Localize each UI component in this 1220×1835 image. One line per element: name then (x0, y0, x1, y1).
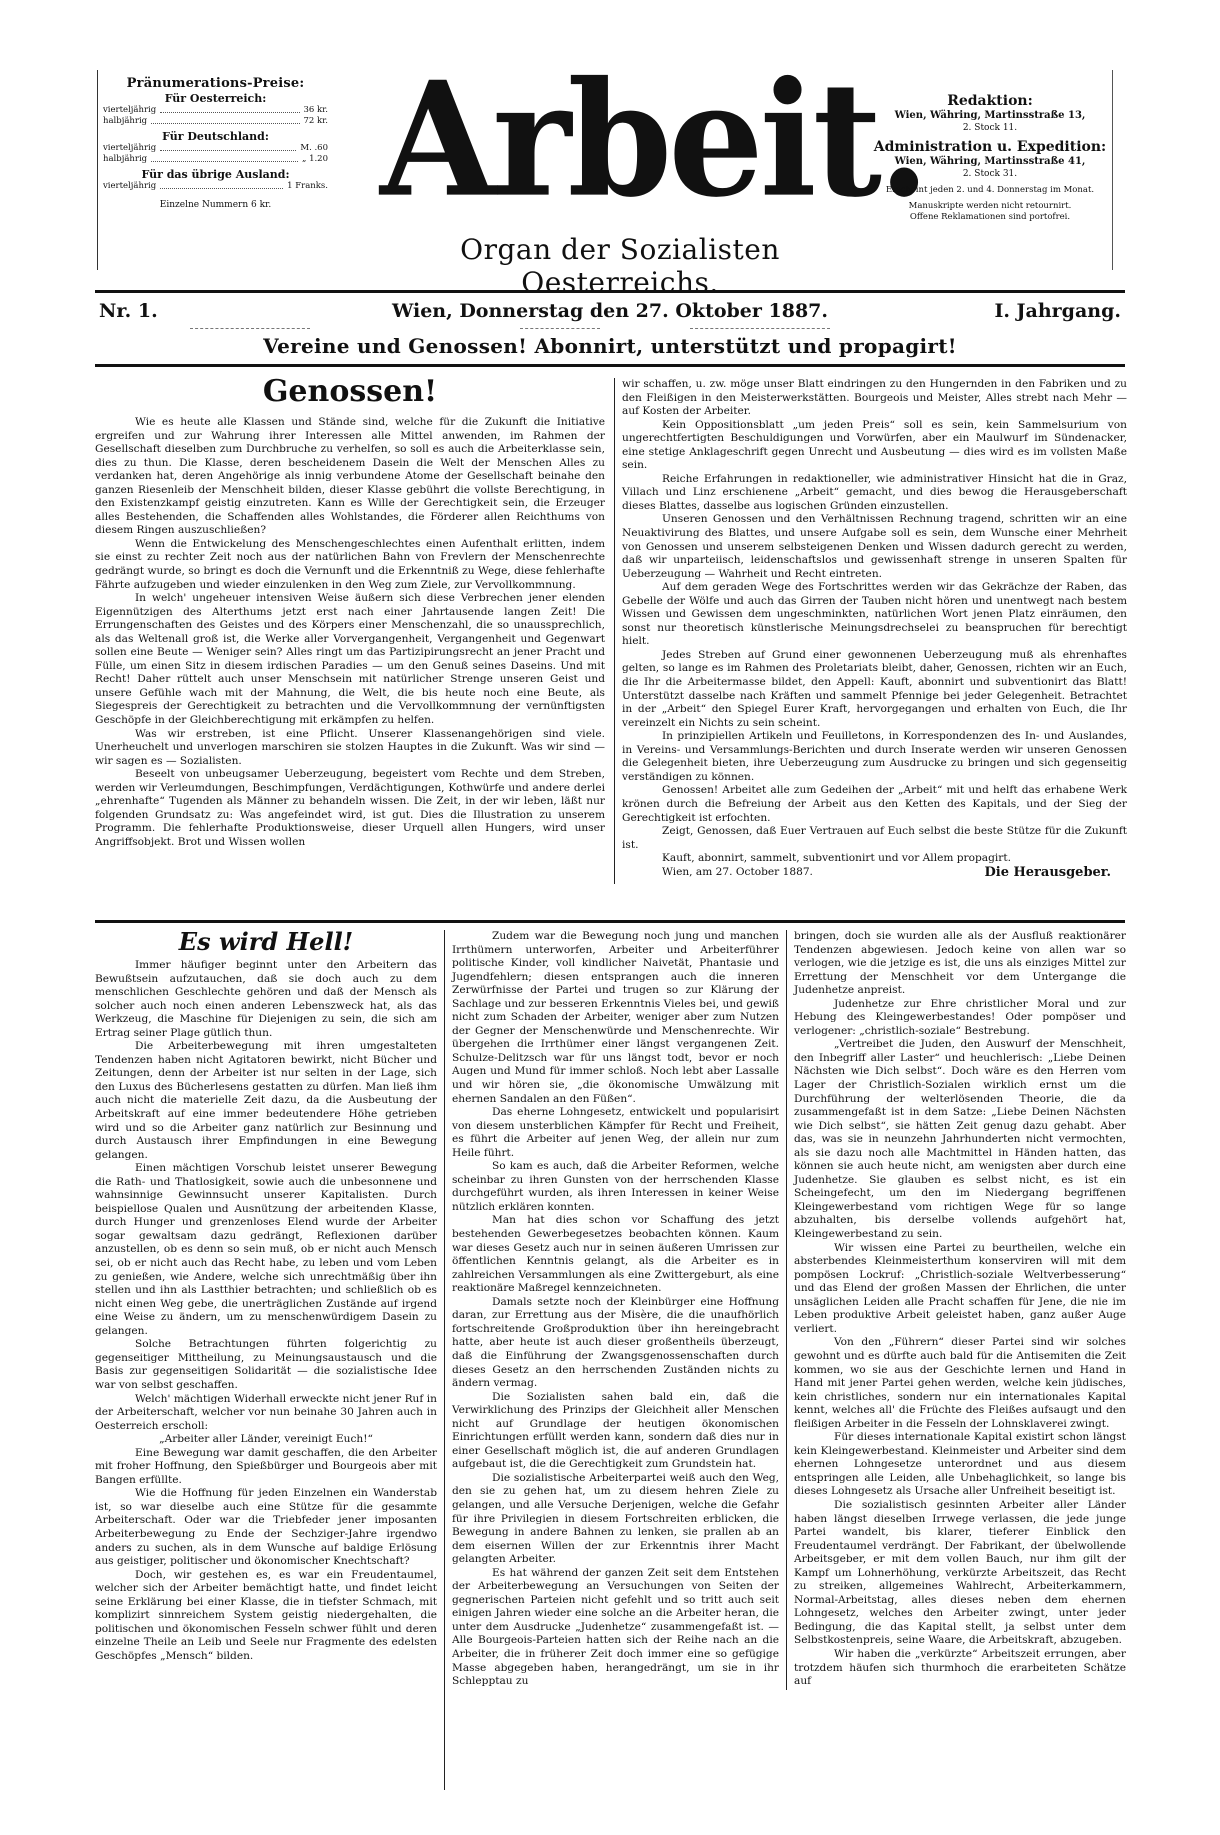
paragraph: So kam es auch, daß die Arbeiter Reforme… (452, 1160, 779, 1214)
volume-year: I. Jahrgang. (994, 300, 1121, 322)
paragraph: Solche Betrachtungen führten folgerichti… (95, 1338, 437, 1392)
article-divider-rule (95, 920, 1125, 923)
article-title: Genossen! (95, 374, 605, 410)
paragraph: Die Sozialisten sahen bald ein, daß die … (452, 1391, 779, 1472)
admin-floor: 2. Stock 31. (870, 168, 1110, 180)
article-genossen-right-column: wir schaffen, u. zw. möge unser Blatt ei… (622, 378, 1127, 879)
column-divider (614, 378, 615, 884)
paragraph: bringen, doch sie wurden alle als der Au… (794, 930, 1126, 998)
newspaper-title: Arbeit. (380, 56, 880, 224)
paragraph: Wenn die Entwickelung des Menschengeschl… (95, 538, 605, 592)
redaktion-heading: Redaktion: (870, 93, 1110, 110)
paragraph: Was wir erstreben, ist eine Pflicht. Uns… (95, 728, 605, 769)
dashed-divider (690, 328, 830, 330)
subscription-prices: Pränumerations-Preise: Für Oesterreich: … (103, 78, 328, 211)
price-row: vierteljährig36 kr. (103, 105, 328, 116)
admin-heading: Administration u. Expedition: (870, 139, 1110, 156)
paragraph: Wir wissen eine Partei zu beurtheilen, w… (794, 1242, 1126, 1337)
masthead-left-rule (97, 70, 98, 270)
dashed-divider (520, 328, 600, 330)
price-row: vierteljährigM. .60 (103, 143, 328, 154)
publication-schedule: Erscheint jeden 2. und 4. Donnerstag im … (870, 185, 1110, 196)
paragraph: Einen mächtigen Vorschub leistet unserer… (95, 1162, 437, 1338)
prices-heading: Pränumerations-Preise: (103, 78, 328, 89)
paragraph: Auf dem geraden Wege des Fortschrittes w… (622, 581, 1127, 649)
contact-info: Redaktion: Wien, Währing, Martinsstraße … (870, 93, 1110, 223)
price-row: halbjährig72 kr. (103, 116, 328, 127)
manuscript-note: Manuskripte werden nicht retournirt. (870, 201, 1110, 212)
paragraph: Eine Bewegung war damit geschaffen, die … (95, 1447, 437, 1488)
paragraph: Judenhetze zur Ehre christlicher Moral u… (794, 998, 1126, 1039)
paragraph: In welch' ungeheuer intensiven Weise äuß… (95, 592, 605, 727)
paragraph: Man hat dies schon vor Schaffung des jet… (452, 1214, 779, 1295)
paragraph: Unseren Genossen und den Verhältnissen R… (622, 513, 1127, 581)
paragraph: Jedes Streben auf Grund einer gewonnenen… (622, 649, 1127, 730)
prices-region-austria: Für Oesterreich: (103, 93, 328, 104)
article-es-wird-hell-column-2: Zudem war die Bewegung noch jung und man… (452, 930, 779, 1689)
paragraph: Die sozialistisch gesinnten Arbeiter all… (794, 1499, 1126, 1648)
issue-date: Wien, Donnerstag den 27. Oktober 1887. (95, 300, 1125, 322)
column-divider (786, 930, 787, 1690)
publisher-signature: Die Herausgeber. (984, 866, 1127, 880)
dashed-divider (190, 328, 310, 330)
single-issue-price: Einzelne Nummern 6 kr. (103, 200, 328, 211)
paragraph: Doch, wir gestehen es, es war ein Freude… (95, 1569, 437, 1664)
paragraph: Das eherne Lohngesetz, entwickelt und po… (452, 1106, 779, 1160)
prices-region-abroad: Für das übrige Ausland: (103, 169, 328, 180)
article-es-wird-hell-column-3: bringen, doch sie wurden alle als der Au… (794, 930, 1126, 1689)
column-divider (444, 930, 445, 1790)
paragraph: Zeigt, Genossen, daß Euer Vertrauen auf … (622, 825, 1127, 852)
paragraph: Reiche Erfahrungen in redaktioneller, wi… (622, 473, 1127, 514)
paragraph: Beseelt von unbeugsamer Ueberzeugung, be… (95, 768, 605, 849)
price-row: halbjährig„ 1.20 (103, 154, 328, 165)
paragraph: Immer häufiger beginnt unter den Arbeite… (95, 959, 437, 1040)
paragraph: Genossen! Arbeitet alle zum Gedeihen der… (622, 784, 1127, 825)
paragraph: Kauft, abonnirt, sammelt, subventionirt … (622, 852, 1127, 866)
redaktion-address: Wien, Währing, Martinsstraße 13, (870, 110, 1110, 122)
paragraph: Zudem war die Bewegung noch jung und man… (452, 930, 779, 1106)
paragraph: Damals setzte noch der Kleinbürger eine … (452, 1296, 779, 1391)
paragraph: Von den „Führern“ dieser Partei sind wir… (794, 1336, 1126, 1431)
article-title: Es wird Hell! (95, 927, 437, 957)
masthead-bottom-rule (95, 290, 1125, 293)
paragraph: In prinzipiellen Artikeln und Feuilleton… (622, 730, 1127, 784)
paragraph: Die sozialistische Arbeiterpartei weiß a… (452, 1472, 779, 1567)
prices-region-germany: Für Deutschland: (103, 131, 328, 142)
admin-address: Wien, Währing, Martinsstraße 41, (870, 156, 1110, 168)
article-es-wird-hell-column-1: Es wird Hell! Immer häufiger beginnt unt… (95, 927, 437, 1663)
paragraph: Wir haben die „verkürzte“ Arbeitszeit er… (794, 1648, 1126, 1689)
slogan: Vereine und Genossen! Abonnirt, unterstü… (95, 334, 1125, 358)
newspaper-page: Pränumerations-Preise: Für Oesterreich: … (0, 0, 1220, 1835)
paragraph: Die Arbeiterbewegung mit ihren umgestalt… (95, 1040, 437, 1162)
reclamation-note: Offene Reklamationen sind portofrei. (870, 212, 1110, 223)
paragraph: wir schaffen, u. zw. möge unser Blatt ei… (622, 378, 1127, 419)
slogan-bottom-rule (95, 364, 1125, 367)
redaktion-floor: 2. Stock 11. (870, 122, 1110, 134)
paragraph: Wie es heute alle Klassen und Stände sin… (95, 416, 605, 538)
signature-line: Wien, am 27. October 1887.Die Herausgebe… (622, 866, 1127, 880)
paragraph: „Vertreibet die Juden, den Auswurf der M… (794, 1038, 1126, 1241)
paragraph: Es hat während der ganzen Zeit seit dem … (452, 1567, 779, 1689)
paragraph: Kein Oppositionsblatt „um jeden Preis“ s… (622, 419, 1127, 473)
article-genossen-left-column: Genossen! Wie es heute alle Klassen und … (95, 370, 605, 850)
paragraph: Welch' mächtigen Widerhall erweckte nich… (95, 1393, 437, 1434)
paragraph: Wie die Hoffnung für jeden Einzelnen ein… (95, 1487, 437, 1568)
paragraph: Für dieses internationale Kapital existi… (794, 1431, 1126, 1499)
price-row: vierteljährig1 Franks. (103, 181, 328, 192)
place-date: Wien, am 27. October 1887. (622, 866, 813, 880)
paragraph: „Arbeiter aller Länder, vereinigt Euch!“ (95, 1433, 437, 1447)
masthead-right-rule (1112, 70, 1113, 270)
dateline: Nr. 1. Wien, Donnerstag den 27. Oktober … (95, 300, 1125, 330)
